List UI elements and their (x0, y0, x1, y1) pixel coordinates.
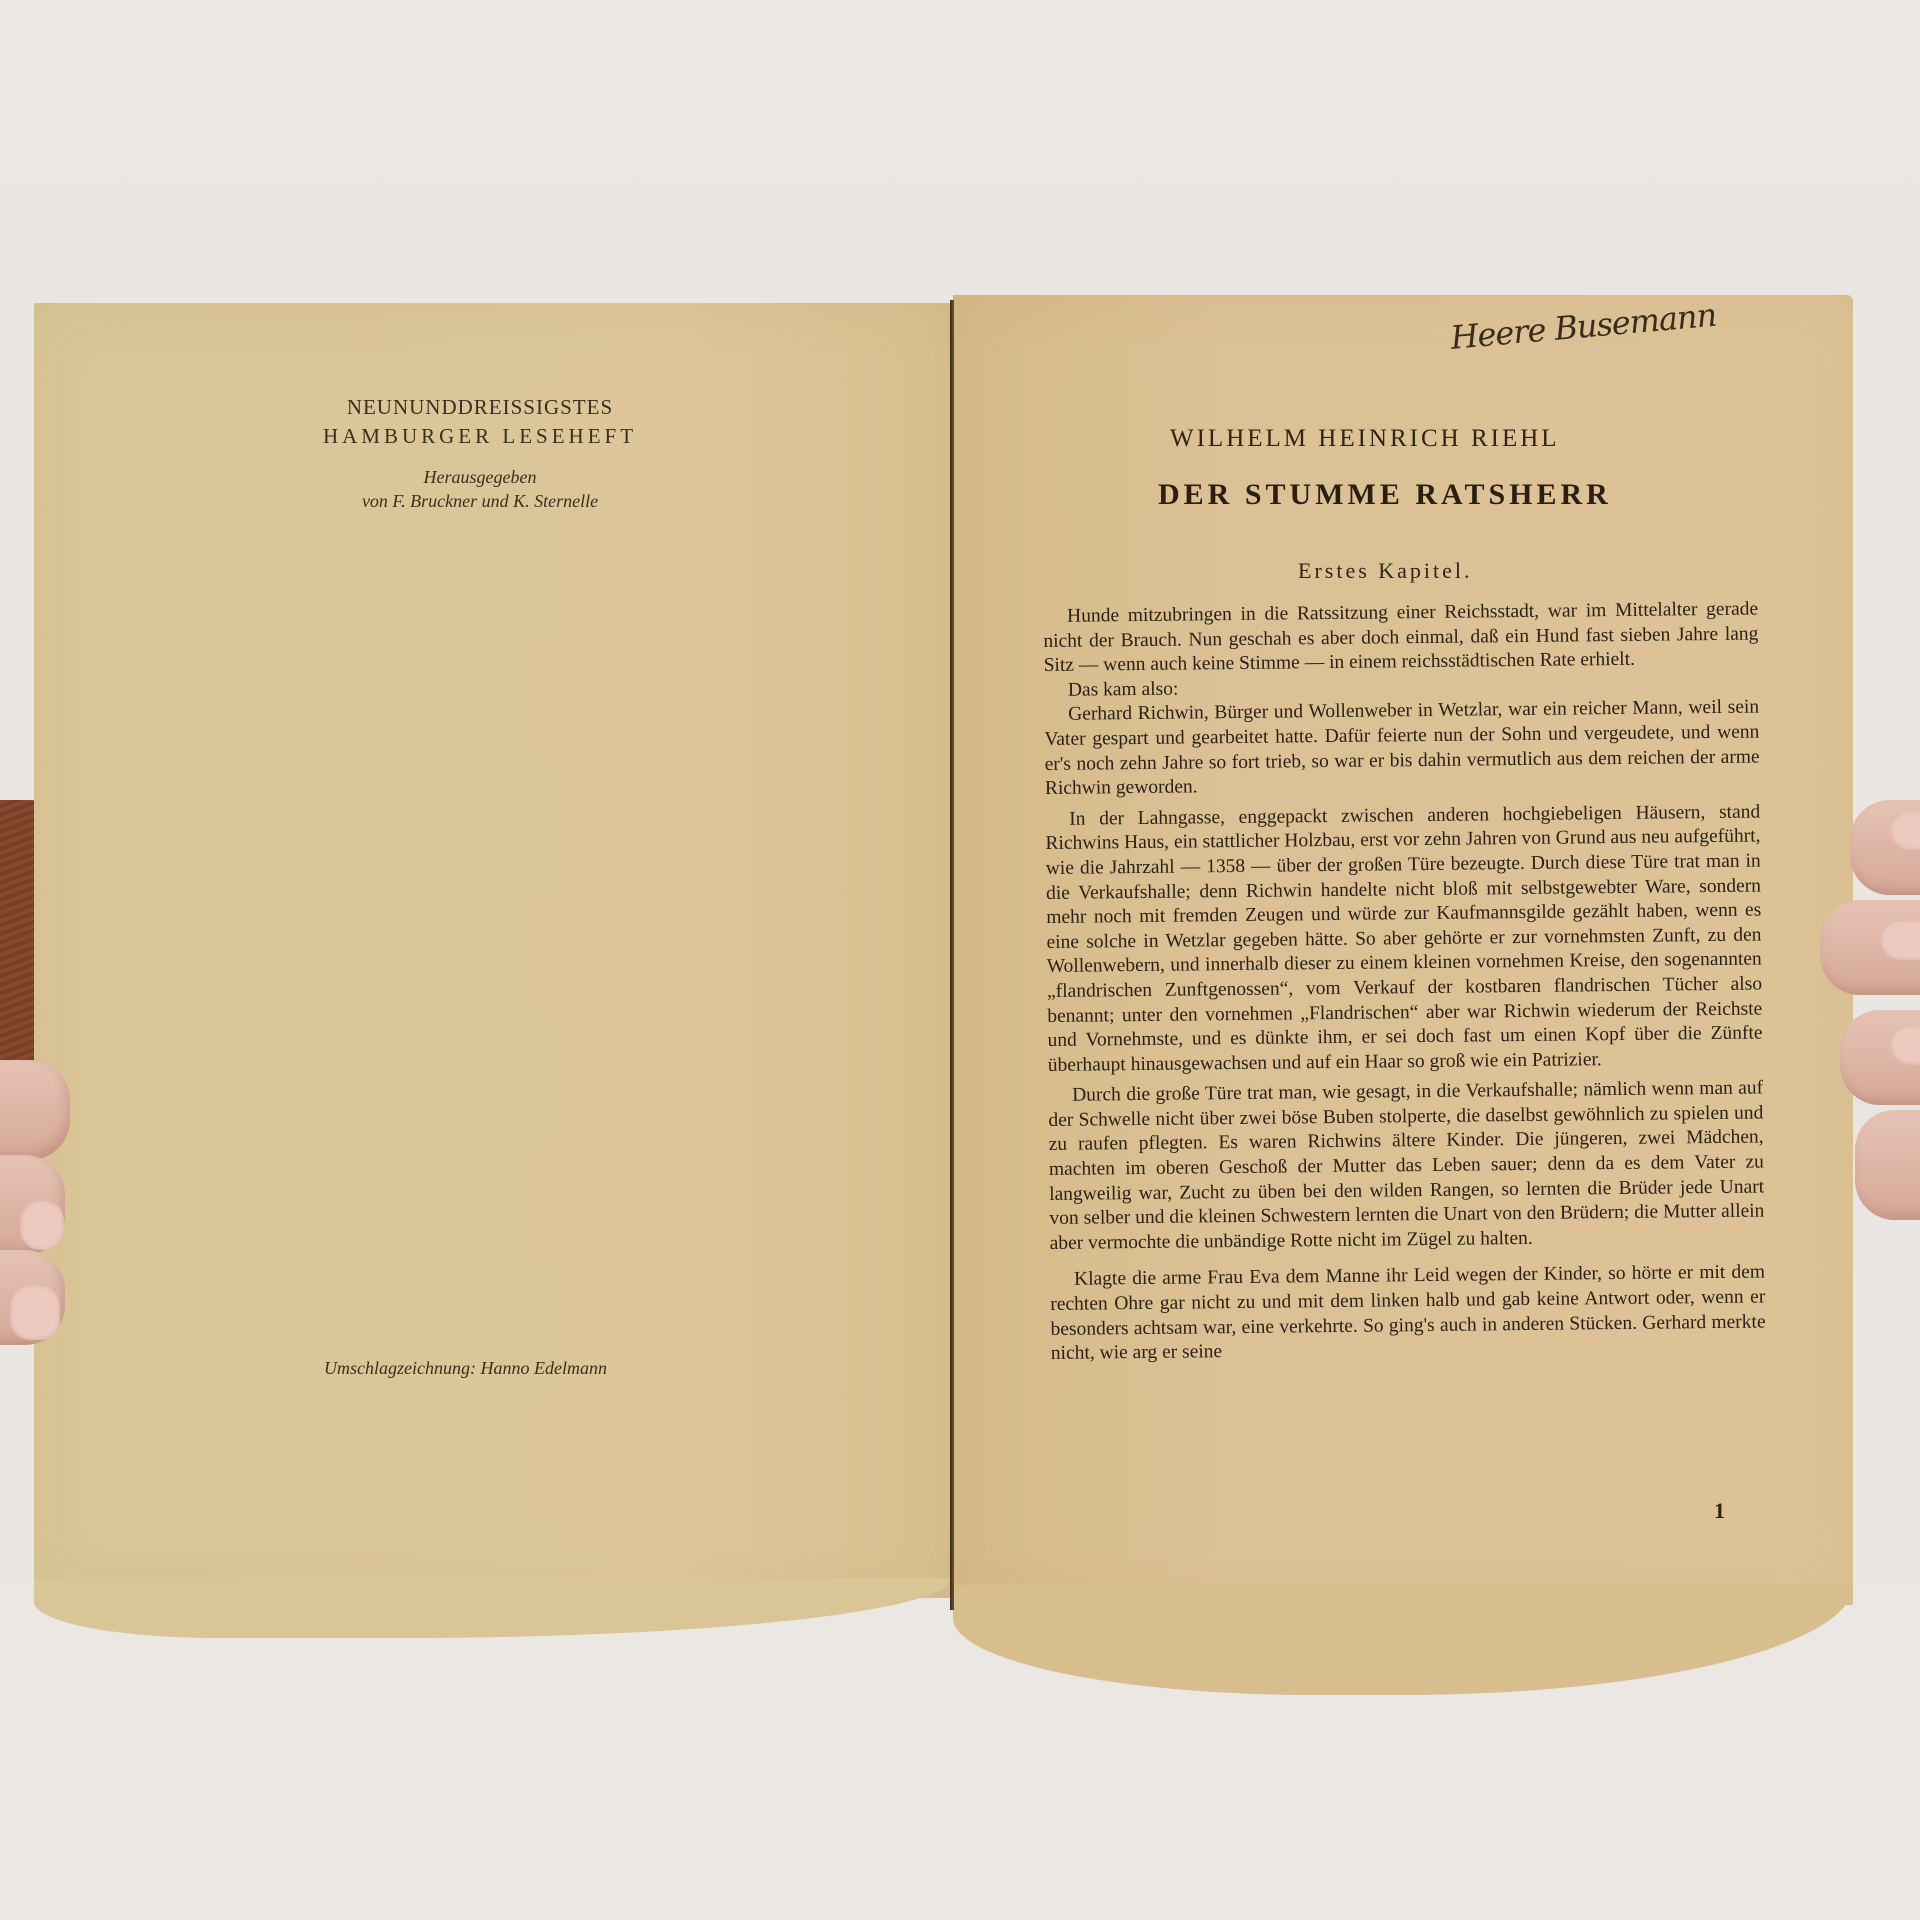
series-number: NEUNUNDDREISSIGSTES (250, 395, 710, 420)
fingernail (10, 1285, 60, 1340)
finger (0, 1060, 70, 1160)
paragraph: Durch die große Türe trat man, wie gesag… (1048, 1077, 1765, 1257)
fingernail (1880, 920, 1920, 960)
chapter-heading: Erstes Kapitel. (1298, 558, 1473, 584)
series-info: NEUNUNDDREISSIGSTES HAMBURGER LESEHEFT H… (250, 395, 710, 513)
editors: Herausgegeben von F. Bruckner und K. Ste… (250, 465, 710, 513)
body-text: Hunde mitzubringen in die Ratssitzung ei… (1043, 598, 1766, 1367)
right-hand (1830, 800, 1920, 1270)
fingernail (20, 1200, 64, 1250)
paragraph: In der Lahngasse, enggepackt zwischen an… (1045, 800, 1763, 1078)
author-name: WILHELM HEINRICH RIEHL (1170, 425, 1670, 453)
paragraph: Klagte die arme Frau Eva dem Manne ihr L… (1050, 1261, 1766, 1367)
cover-credit: Umschlagzeichnung: Hanno Edelmann (324, 1358, 607, 1379)
editors-label: Herausgegeben (250, 465, 710, 489)
page-number: 1 (1714, 1498, 1725, 1524)
paragraph: Gerhard Richwin, Bürger und Wollenweber … (1044, 696, 1760, 802)
photo-scene: NEUNUNDDREISSIGSTES HAMBURGER LESEHEFT H… (0, 0, 1920, 1920)
editors-names: von F. Bruckner und K. Sternelle (250, 489, 710, 513)
book-title: DER STUMME RATSHERR (1158, 478, 1678, 512)
finger (1855, 1110, 1920, 1220)
left-hand (0, 1060, 90, 1520)
book-spine (950, 300, 954, 1610)
series-name: HAMBURGER LESEHEFT (250, 424, 710, 449)
paragraph: Hunde mitzubringen in die Ratssitzung ei… (1043, 598, 1759, 679)
